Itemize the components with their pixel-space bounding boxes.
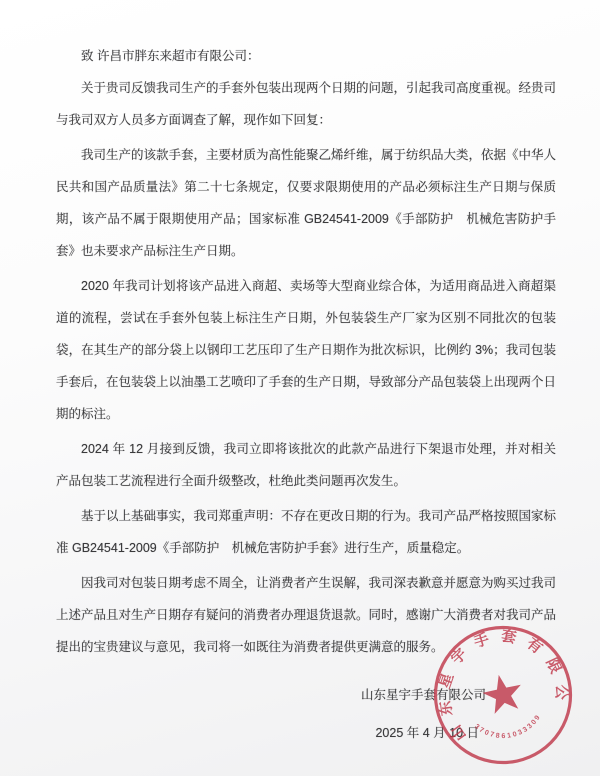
- paragraph-statement: 基于以上基础事实，我司郑重声明：不存在更改日期的行为。我司产品严格按照国家标准 …: [56, 500, 556, 564]
- salutation: 致 许昌市胖东来超市有限公司：: [56, 40, 556, 72]
- paragraph-apology: 因我司对包装日期考虑不周全，让消费者产生误解，我司深表歉意并愿意为购买过我司上述…: [56, 567, 556, 663]
- letter-body: 致 许昌市胖东来超市有限公司： 关于贵司反馈我司生产的手套外包装出现两个日期的问…: [56, 40, 556, 742]
- paragraph-2024-recall: 2024 年 12 月接到反馈，我司立即将该批次的此款产品进行下架退市处理，并对…: [56, 433, 556, 497]
- signature-company: 山东星宇手套有限公司: [56, 687, 486, 704]
- paragraph-2020-explanation: 2020 年我司计划将该产品进入商超、卖场等大型商业综合体，为适用商品进入商超渠…: [56, 270, 556, 430]
- signature-block: 山东星宇手套有限公司 2025 年 4 月 10 日: [56, 687, 556, 742]
- letter-page: 致 许昌市胖东来超市有限公司： 关于贵司反馈我司生产的手套外包装出现两个日期的问…: [0, 0, 600, 776]
- paragraph-material-standard: 我司生产的该款手套，主要材质为高性能聚乙烯纤维，属于纺织品大类，依据《中华人民共…: [56, 139, 556, 267]
- paragraph-intro: 关于贵司反馈我司生产的手套外包装出现两个日期的问题，引起我司高度重视。经贵司与我…: [56, 72, 556, 136]
- signature-date: 2025 年 4 月 10 日: [56, 725, 486, 742]
